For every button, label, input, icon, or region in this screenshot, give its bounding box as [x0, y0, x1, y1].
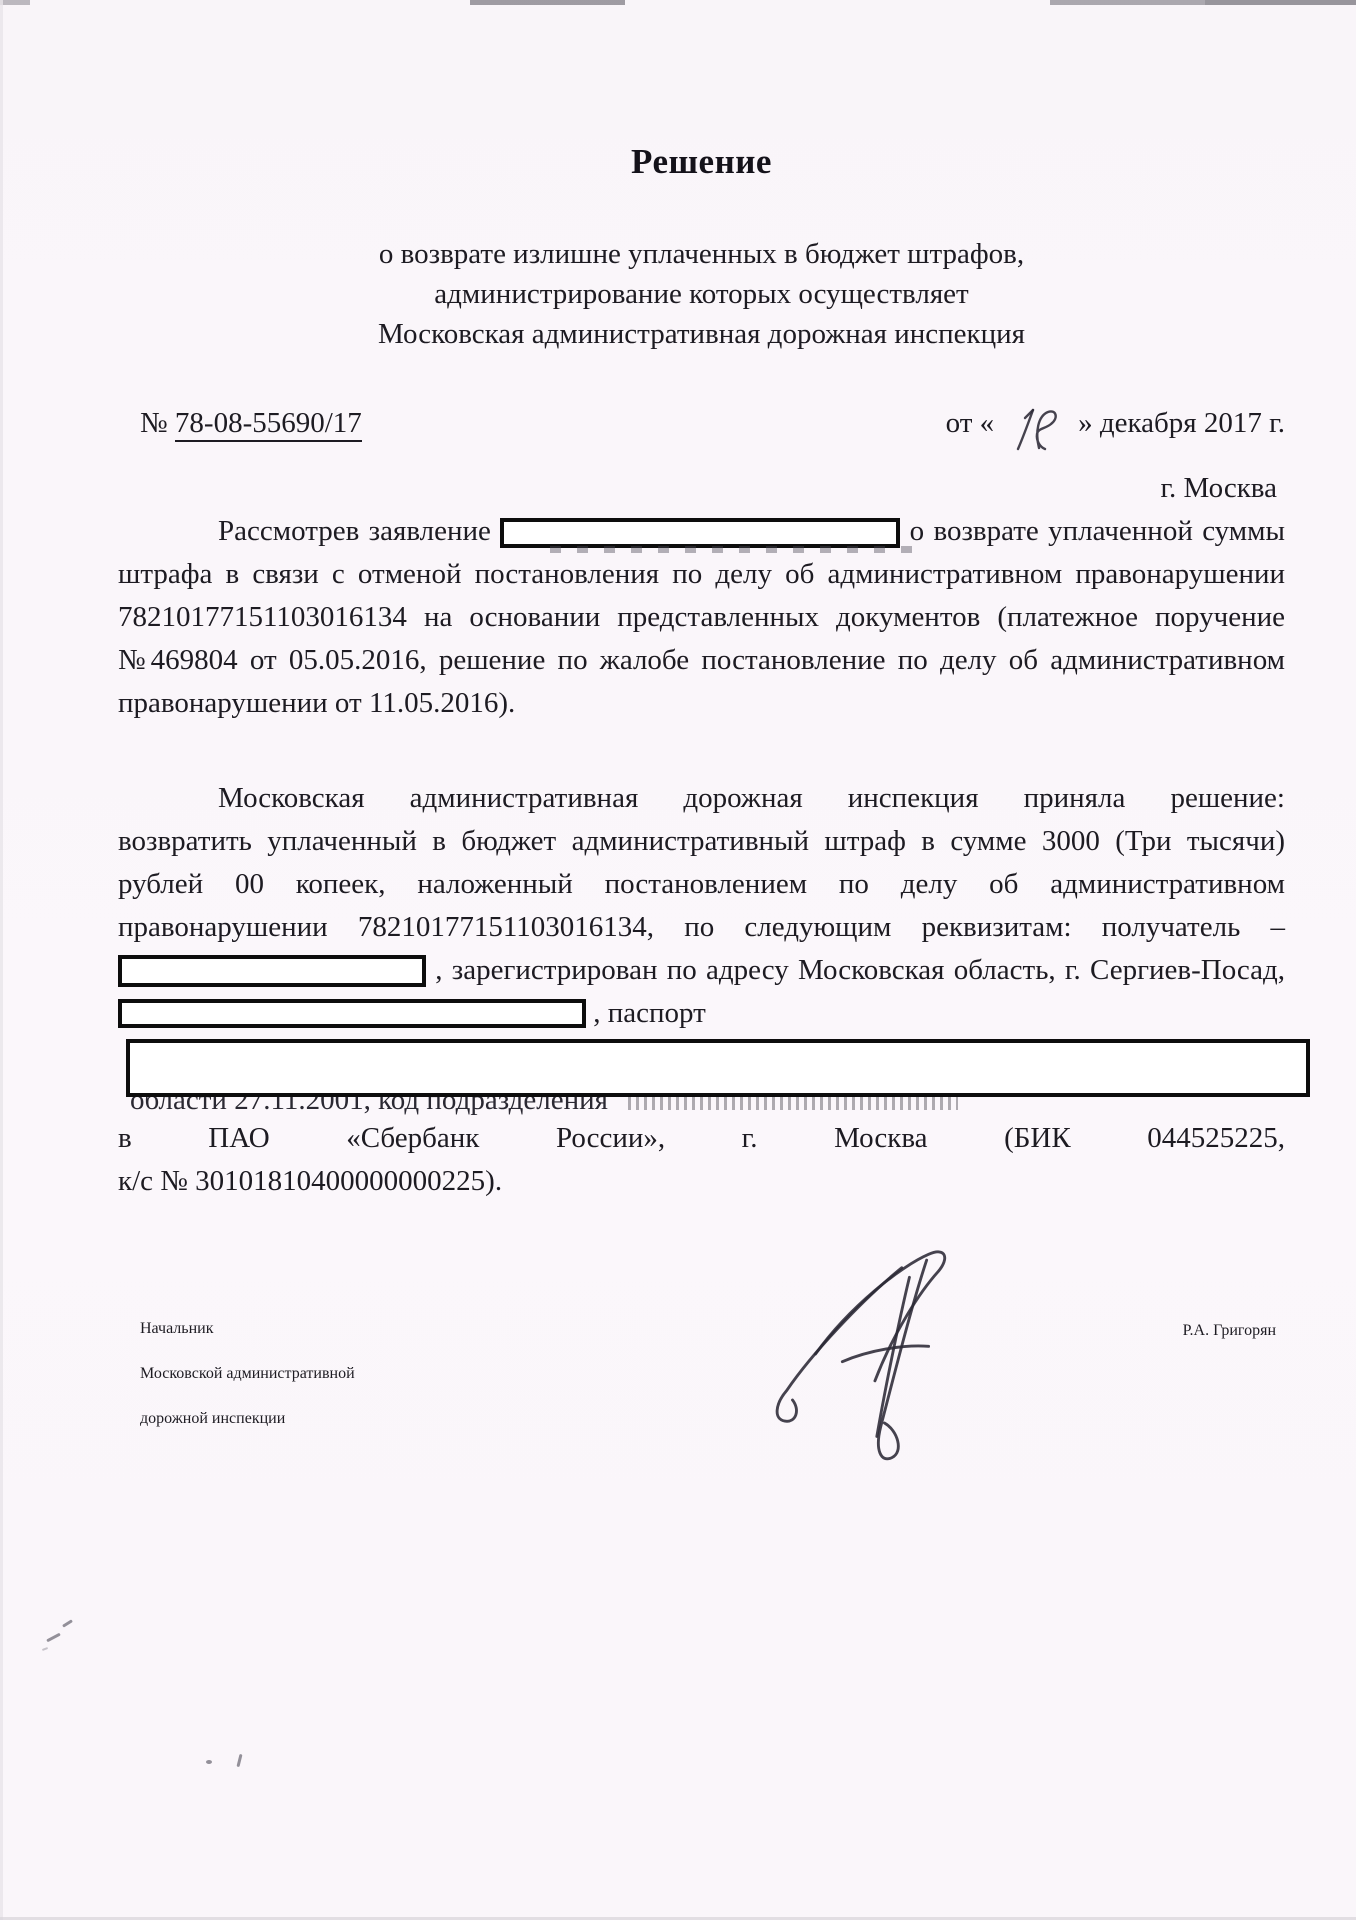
- paragraph-decision-opening: Московская административная дорожная инс…: [118, 777, 1285, 820]
- subtitle-line-3: Московская административная дорожная инс…: [118, 314, 1285, 354]
- signatory-name: Р.А. Григорян: [1183, 1322, 1276, 1340]
- document-number-value: 78-08-55690/17: [175, 407, 362, 442]
- signature-handwriting: [758, 1236, 988, 1472]
- redaction-box-recipient-name: [118, 955, 426, 987]
- p2-text-2: , зарегистрирован по адресу Московская о…: [435, 954, 1285, 986]
- subtitle-line-1: о возврате излишне уплаченных в бюджет ш…: [118, 234, 1285, 274]
- handwritten-day-ink: [1004, 403, 1068, 455]
- redaction-box-applicant-name: [500, 518, 900, 548]
- document-body: Решение о возврате излишне уплаченных в …: [0, 0, 1356, 1920]
- correspondent-account-line: к/с № 30101810400000000225).: [118, 1160, 1285, 1203]
- date-prefix: от «: [946, 402, 995, 445]
- redaction-box-passport-details: [126, 1039, 1310, 1097]
- document-number: № 78-08-55690/17: [140, 402, 362, 445]
- city-line: г. Москва: [118, 467, 1285, 510]
- paragraph-decision-details: возвратить уплаченный в бюджет администр…: [118, 820, 1285, 1035]
- number-sign: №: [140, 407, 168, 439]
- scanned-document-page: { "header": { "title": "Решение", "subti…: [0, 0, 1356, 1920]
- bank-requisites-line: в ПАО «Сбербанк России», г. Москва (БИК …: [118, 1117, 1285, 1160]
- position-line-2: Московской административной: [140, 1351, 355, 1396]
- position-line-3: дорожной инспекции: [140, 1396, 355, 1441]
- subtitle-line-2: администрирование которых осуществляет: [118, 274, 1285, 314]
- signatory-position: Начальник Московской административной до…: [140, 1306, 355, 1441]
- redaction-area-passport: области 27.11.2001, код подразделения: [126, 1039, 1285, 1117]
- date-suffix: » декабря 2017 г.: [1078, 402, 1285, 445]
- p1-text-before: Рассмотрев заявление: [218, 515, 491, 547]
- p2-text-3: , паспорт: [593, 997, 706, 1029]
- document-date: от « » декабря 2017 г.: [946, 402, 1285, 445]
- p2-text-1: возвратить уплаченный в бюджет администр…: [118, 825, 1285, 943]
- redaction-box-address: [118, 999, 586, 1028]
- document-title: Решение: [118, 140, 1285, 184]
- position-line-1: Начальник: [140, 1306, 355, 1351]
- paragraph-application: Рассмотрев заявление о возврате уплаченн…: [118, 510, 1285, 725]
- reference-row: № 78-08-55690/17 от « » декабря 2017 г.: [118, 402, 1285, 445]
- document-subtitle: о возврате излишне уплаченных в бюджет ш…: [118, 234, 1285, 354]
